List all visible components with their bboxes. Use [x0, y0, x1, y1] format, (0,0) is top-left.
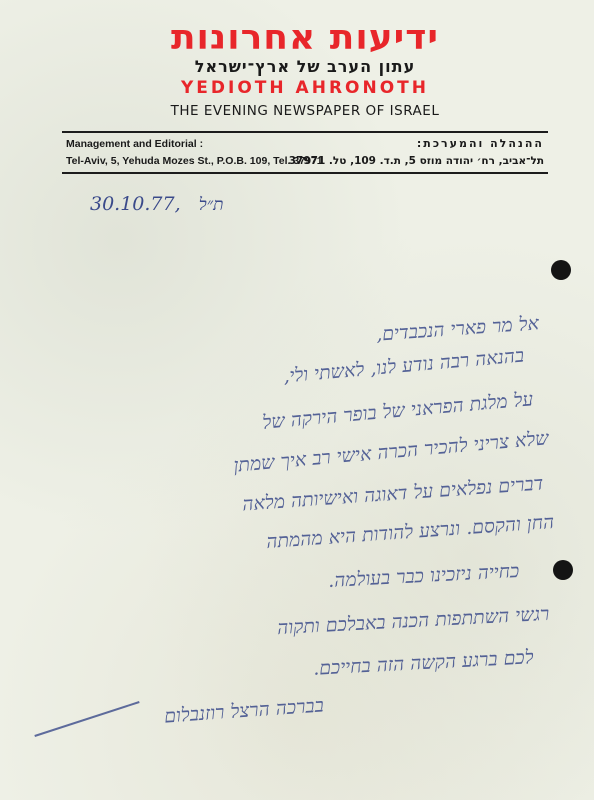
- letter-line: על מלגת הפראני של בופר הירקה של: [262, 388, 535, 435]
- address-en: Tel-Aviv, 5, Yehuda Mozes St., P.O.B. 10…: [66, 155, 323, 167]
- punch-hole: [551, 260, 571, 280]
- newspaper-hebrew-title: ידיעות אחרונות: [170, 21, 440, 55]
- divider-top: [62, 131, 548, 133]
- address-he: תל־אביב, רח׳ יהודה מוזס 5, ת.ד. 109, טל.…: [289, 155, 544, 167]
- letter-line: שלא צריני להכיר הכרה אישי רב איך שמתן: [232, 427, 549, 477]
- newspaper-hebrew-subtitle: עתון הערב של ארץ־ישראל: [165, 58, 445, 76]
- signature-flourish: [34, 701, 139, 737]
- letter-line: רגשי השתתפות הכנה באבלכם ותקוה: [276, 603, 549, 640]
- letter-line: לכם ברגע הקשה הזה בחייכם.: [313, 646, 535, 681]
- address-he-label: ההנהלה והמערכת:: [417, 137, 544, 150]
- letter-line: אל מר פארי הנכבדים,: [375, 312, 539, 346]
- newspaper-latin-title: YEDIOTH AHRONOTH: [165, 78, 445, 98]
- handwritten-date: 30.10.77, ת״ל: [90, 193, 223, 215]
- date-hebrew: ת״ל: [199, 195, 224, 215]
- punch-hole: [553, 560, 573, 580]
- signature: בברכה הרצל רוזנבלום: [164, 694, 325, 728]
- letter-line: דברים נפלאים על דאוגה ואישיותה מלאה: [242, 473, 545, 517]
- address-en-label: Management and Editorial :: [66, 138, 203, 150]
- letter-line: החן והקסם. ונרצע להודות היא מהמתה: [265, 511, 554, 554]
- letter-line: כחייה ניזכינו כבר בעולמה.: [327, 560, 519, 593]
- newspaper-latin-subtitle: THE EVENING NEWSPAPER OF ISRAEL: [160, 103, 450, 119]
- divider-bottom: [62, 172, 548, 174]
- letter-line: בהנאה רבה נודע לנו, לאשתי ולי,: [282, 345, 525, 389]
- date-numeric: 30.10.77: [90, 193, 175, 215]
